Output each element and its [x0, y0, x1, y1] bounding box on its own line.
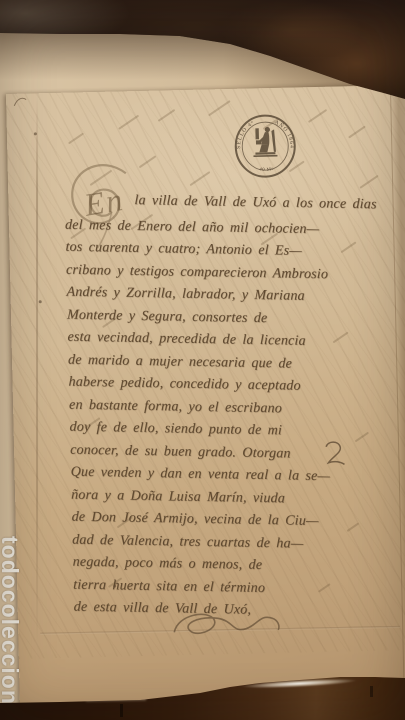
- manuscript-page: SELLO 4º AÑO 1864 40 Ms En la villa de V…: [6, 85, 405, 708]
- margin-flourish-icon: [320, 438, 349, 469]
- svg-text:40 Ms: 40 Ms: [259, 166, 275, 173]
- watermark-text: todocoleccion: [0, 536, 23, 705]
- manuscript-text: la villa de Vall de Uxó a los once dias …: [64, 184, 405, 619]
- paper-speck: [39, 300, 42, 303]
- crease-line-left: [36, 96, 38, 644]
- seated-figure-icon: [253, 127, 278, 157]
- corner-ink-mark: [12, 96, 28, 108]
- table-seam: [370, 686, 373, 697]
- stamp-text-bottom: 40 Ms: [259, 166, 275, 173]
- manuscript-line: la villa de Vall de Uxó a los once dias: [134, 190, 405, 217]
- signature-rubric-icon: [168, 604, 289, 647]
- photo-scene: SELLO 4º AÑO 1864 40 Ms En la villa de V…: [0, 0, 405, 720]
- table-seam: [120, 704, 123, 717]
- tax-stamp-icon: SELLO 4º AÑO 1864 40 Ms: [233, 113, 298, 178]
